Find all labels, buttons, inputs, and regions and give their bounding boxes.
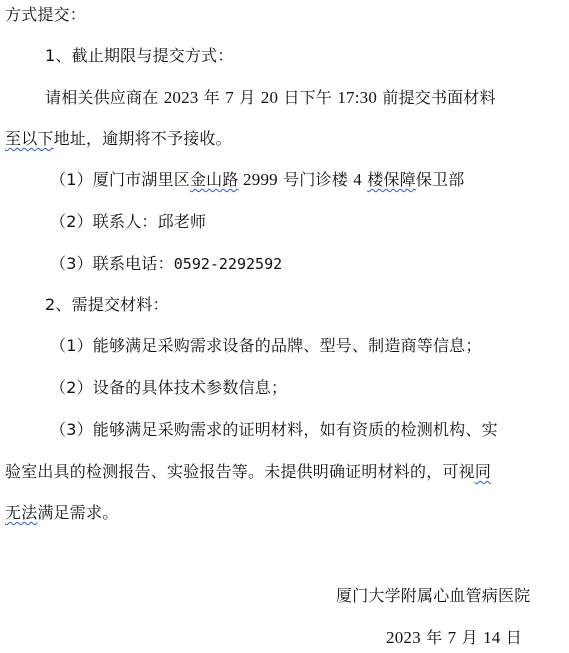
para-text: 年 <box>199 88 226 107</box>
date-day: 14 <box>483 628 500 647</box>
para-text: 前提交书面材料 <box>377 88 496 107</box>
street-number: 2999 <box>239 170 278 189</box>
materials-item-3-line3: 无法满足需求。 <box>5 503 118 523</box>
materials-item-1: （1）能够满足采购需求设备的品牌、型号、制造商等信息； <box>50 336 482 356</box>
contact-person-item: （2）联系人：邱老师 <box>50 212 206 232</box>
materials-item-text: 验室出具的检测报告、实验报告等。未提供明确证明材料的，可视 <box>5 462 475 481</box>
deadline-day: 20 <box>261 88 278 107</box>
date-text: 月 <box>456 628 483 647</box>
spellcheck-flagged-text[interactable]: 无法 <box>5 503 37 522</box>
spellcheck-flagged-text[interactable]: 至以下 <box>5 129 54 148</box>
para-text: 日下午 <box>278 88 337 107</box>
section1-paragraph-line1: 请相关供应商在 2023 年 7 月 20 日下午 17:30 前提交书面材料 <box>45 88 496 108</box>
contact-person-text: （2）联系人：邱老师 <box>50 212 206 231</box>
deadline-year: 2023 <box>164 88 199 107</box>
heading-tail-text: 方式提交： <box>5 5 86 24</box>
para-text: 月 <box>234 88 261 107</box>
spellcheck-flagged-text[interactable]: 金山路 <box>190 170 239 189</box>
materials-item-3-line1: （3）能够满足采购需求的证明材料，如有资质的检测机构、实 <box>50 420 498 440</box>
address-item: （1）厦门市湖里区金山路 2999 号门诊楼 4 楼保障保卫部 <box>50 170 464 190</box>
materials-item-3-line2: 验室出具的检测报告、实验报告等。未提供明确证明材料的，可视同 <box>5 462 491 482</box>
materials-item-2: （2）设备的具体技术参数信息； <box>50 378 287 398</box>
contact-phone-label: （3）联系电话： <box>50 254 174 273</box>
signature-organization: 厦门大学附属心血管病医院 <box>336 586 530 606</box>
signature-date: 2023 年 7 月 14 日 <box>386 628 522 648</box>
section2-title-text: 2、需提交材料： <box>45 295 169 314</box>
spellcheck-flagged-text[interactable]: 楼保障 <box>367 170 416 189</box>
materials-item-text: （3）能够满足采购需求的证明材料，如有资质的检测机构、实 <box>50 420 498 439</box>
materials-item-text: （1）能够满足采购需求设备的品牌、型号、制造商等信息； <box>50 336 482 355</box>
section1-paragraph-line2: 至以下地址，逾期将不予接收。 <box>5 129 232 149</box>
materials-item-text: 满足需求。 <box>37 503 118 522</box>
spellcheck-flagged-text[interactable]: 同 <box>475 462 491 481</box>
date-month: 7 <box>448 628 457 647</box>
date-year: 2023 <box>386 628 421 647</box>
deadline-time: 17:30 <box>337 88 377 107</box>
address-text: 保卫部 <box>416 170 465 189</box>
address-text: （1）厦门市湖里区 <box>50 170 190 189</box>
section1-title-text: 1、截止期限与提交方式： <box>45 46 234 65</box>
contact-phone-number: 0592-2292592 <box>174 255 282 273</box>
date-text: 日 <box>500 628 522 647</box>
floor-number: 4 <box>353 170 362 189</box>
section1-title: 1、截止期限与提交方式： <box>45 46 234 66</box>
signature-org-text: 厦门大学附属心血管病医院 <box>336 586 530 605</box>
date-text: 年 <box>421 628 448 647</box>
heading-tail: 方式提交： <box>5 5 86 25</box>
materials-item-text: （2）设备的具体技术参数信息； <box>50 378 287 397</box>
section2-title: 2、需提交材料： <box>45 295 169 315</box>
address-text: 号门诊楼 <box>278 170 353 189</box>
para-text: 地址，逾期将不予接收。 <box>54 129 232 148</box>
para-text: 请相关供应商在 <box>45 88 164 107</box>
contact-phone-item: （3）联系电话：0592-2292592 <box>50 254 282 274</box>
deadline-month: 7 <box>225 88 234 107</box>
